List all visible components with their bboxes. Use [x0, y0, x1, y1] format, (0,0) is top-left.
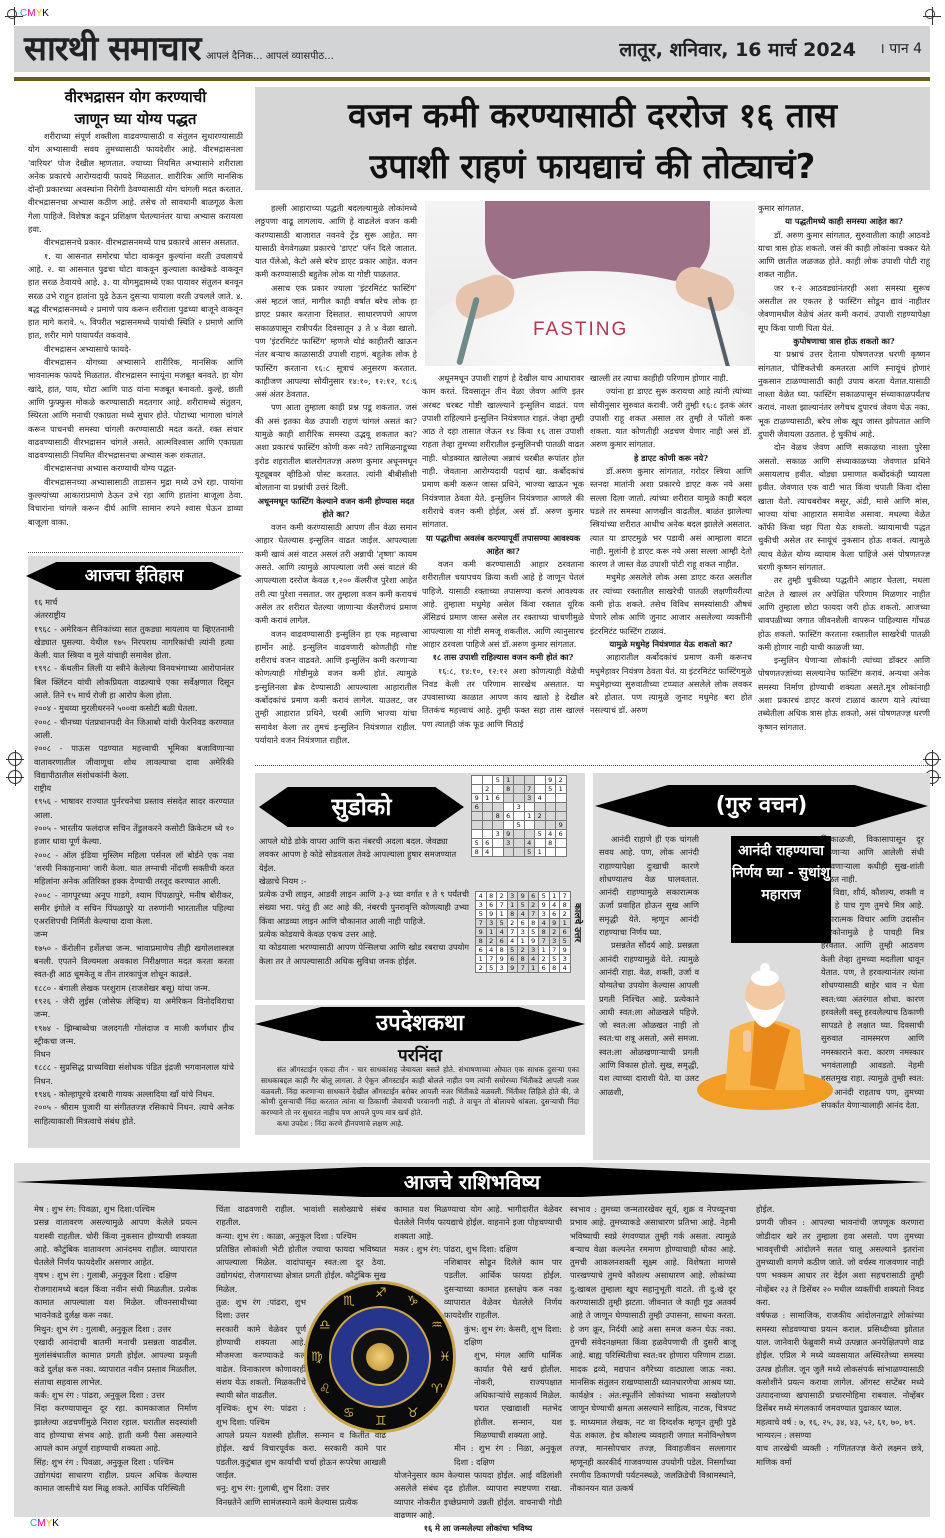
sudoku-cell: 5 — [497, 919, 508, 928]
story-text: संत ऑगस्टाईन एकदा तीन - चार साधकांसह जेव… — [261, 1065, 579, 1119]
history-item: १९६८ - अमेरिकन सैनिकांच्या सात तुकड्या म… — [34, 623, 234, 663]
sudoku-cell: 8 — [493, 812, 504, 821]
upadesh-katha-box: उपदेशकथा परनिंदा संत ऑगस्टाईन एकदा तीन -… — [255, 1005, 585, 1135]
sign-text: आपले प्रयत्न यशस्वी होतील. सन्मान व किर्… — [216, 1429, 386, 1482]
sudoku-cell: 9 — [518, 892, 529, 901]
article-para: पण आता तुम्हाला काही प्रश्न पडू शकतात. ज… — [255, 401, 417, 494]
sudoku-cell[interactable] — [482, 776, 493, 785]
guru-right-text: निष्काळजी, विकासापासून दूर पळणाऱ्या आणि … — [821, 833, 924, 886]
sudoku-cell: 4 — [518, 910, 529, 919]
upadesh-katha-banner: उपदेशकथा — [255, 1007, 585, 1041]
sudoku-cell[interactable] — [535, 821, 546, 830]
sudoku-cell: 1 — [518, 937, 529, 946]
sudoku-cell: 5 — [486, 964, 497, 973]
sign-text: कामात यश मिळण्याचा योग आहे. भागीदारीत वे… — [394, 1203, 562, 1243]
sudoku-cell: 3 — [549, 937, 560, 946]
sign-text: योजनेनुसार काम केल्यास फायदा होईल. आई वड… — [394, 1469, 562, 1522]
lucky-gem: भाग्यरत्न : लसण्या — [756, 1429, 924, 1442]
sudoku-cell: 9 — [497, 955, 508, 964]
sudoku-row: 482396517 — [476, 892, 571, 901]
sudoku-cell: 2 — [507, 919, 518, 928]
sudoku-cell: 2 — [539, 955, 550, 964]
sudoku-cell: 2 — [476, 964, 487, 973]
registration-mark-icon — [925, 9, 935, 19]
horoscope-col-5: होईल. प्रणयी जीवन : आपल्या भावनांची जपणू… — [756, 1203, 924, 1469]
sign-header: वृषभ : शुभ रंग : गुलाबी, अनुकूल दिशा : द… — [34, 1269, 197, 1282]
sudoku-cell[interactable] — [556, 848, 567, 857]
article-para: या प्रश्नाचं उत्तर देताना पोषणतज्ज्ञ धरण… — [758, 348, 930, 441]
guru-left-text: प्रसन्नतेत सौंदर्य आहे. प्रसन्नता आनंदी … — [599, 939, 699, 1099]
horoscope-box: आजचे राशिभविष्य मेष : शुभ रंग: पिवळा, शु… — [14, 1163, 930, 1517]
sudoku-cell: 7 — [486, 955, 497, 964]
article-para: १६:८, १४:१०, १२:१२ अशा कोणत्याही वेळेची … — [422, 665, 584, 731]
history-section-heading: अंतरराष्ट्रीय — [34, 609, 234, 622]
sudoku-cell: 3 — [486, 919, 497, 928]
story-moral: कथा उपदेश : निंदा करणे हीनपणाचे लक्षण आह… — [261, 1119, 579, 1130]
sudoku-row: 28751 — [472, 785, 567, 794]
sudoku-banner: सुडोको — [259, 787, 464, 827]
sudoku-cell[interactable] — [545, 794, 556, 803]
main-headline-line2: उपाशी राहणं फायद्याचं की तोट्याचं? — [255, 138, 930, 189]
sudoku-row: 59 — [472, 821, 567, 830]
sudoku-cell: 8 — [539, 928, 550, 937]
history-item: १९९८ - कॅथलीन लिली या स्त्रीने केलेल्या … — [34, 662, 234, 702]
birthday-text: होईल. — [756, 1203, 924, 1216]
upadesh-katha-banner-label: उपदेशकथा — [376, 1011, 464, 1036]
photo-torso — [485, 201, 710, 281]
sudoku-cell: 1 — [539, 946, 550, 955]
yoga-subhead: वीरभद्रासनचा अभ्यास करण्याची योग्य पद्धत… — [28, 462, 243, 475]
article-para: ज्यांना हा डाएट सुरू करायचा आहे त्यांनी … — [590, 385, 752, 451]
article-subhead: या पद्धतीचा अवलंब करण्यापूर्वी तपासण्या … — [422, 532, 584, 559]
love-life-text: प्रणयी जीवन : आपल्या भावनांची जपणूक करणा… — [756, 1216, 924, 1309]
sign-text: निंदा करण्यापासून दूर रहा. कामकाजात निर्… — [34, 1402, 197, 1455]
sudoku-cell[interactable] — [514, 812, 525, 821]
sudoku-row: 8612 — [472, 812, 567, 821]
sudoku-cell: 5 — [560, 937, 571, 946]
article-para: मधुमेह असलेले लोक असा डाएट करत असतील तर … — [590, 571, 752, 637]
sudoku-cell: 1 — [528, 964, 539, 973]
sudoku-cell: 2 — [518, 946, 529, 955]
birthday-text: स्वभाव : तुमच्या जन्मतारखेवर सूर्य, शुक्… — [570, 1203, 736, 1496]
history-item: १७५० - कॅरोलीन हर्शेलचा जन्म. भावाप्रमाण… — [34, 942, 234, 982]
registration-mark-icon — [7, 9, 17, 19]
history-item: २००५ - श्रीराम पुजारी या संगीततज्ज्ञ रसि… — [34, 1101, 234, 1128]
story-title: परनिंदा — [255, 1043, 585, 1066]
sudoku-cell: 4 — [528, 955, 539, 964]
sudoku-row: 914735826 — [476, 928, 571, 937]
page-number: । पान 4 — [880, 39, 922, 58]
sudoku-cell[interactable] — [545, 803, 556, 812]
sudoku-cell[interactable] — [514, 830, 525, 839]
sudoku-cell: 1 — [482, 794, 493, 803]
sudoku-cell: 1 — [556, 785, 567, 794]
sudoku-cell[interactable] — [472, 821, 483, 830]
sudoku-cell[interactable] — [514, 848, 525, 857]
sudoku-cell: 6 — [549, 910, 560, 919]
sudoku-row: 56348 — [472, 839, 567, 848]
sudoku-cell: 3 — [503, 839, 514, 848]
sudoku-cell: 4 — [486, 946, 497, 955]
dateline: लातूर, शनिवार, 16 मार्च 2024 — [619, 36, 856, 62]
sudoku-cell[interactable] — [524, 821, 535, 830]
sudoku-cell: 1 — [549, 892, 560, 901]
sudoku-cell[interactable] — [545, 821, 556, 830]
sudoku-cell[interactable] — [493, 848, 504, 857]
sudoku-cell: 6 — [560, 928, 571, 937]
article-para: इन्सुलिन घेणाऱ्या लोकांनी त्यांच्या डॉक्… — [758, 654, 930, 734]
yoga-title-line2: जाणून घ्या योग्य पद्धत — [28, 108, 243, 130]
fasting-caption: FASTING — [533, 319, 628, 341]
sudoku-cell[interactable] — [556, 794, 567, 803]
masthead-rule — [14, 77, 930, 81]
sudoku-cell: 4 — [476, 892, 487, 901]
sudoku-cell: 9 — [545, 776, 556, 785]
sudoku-cell[interactable] — [514, 776, 525, 785]
sudoku-cell: 9 — [556, 821, 567, 830]
history-item: २००८ - चीनच्या पंतप्रधानपदी वेन जिआबो या… — [34, 716, 234, 743]
sudoku-cell: 3 — [528, 946, 539, 955]
yearly-forecast-text: वर्षफळ : सामाजिक, राजकीय आंदोलनाद्वारे ल… — [756, 1309, 924, 1415]
sudoku-cell: 3 — [560, 955, 571, 964]
sign-header: कर्क: शुभ रंग : पांढरा, अनुकूल दिशा : उत… — [34, 1389, 197, 1402]
sudoku-cell: 9 — [476, 928, 487, 937]
answer-label: कालचे उत्तर — [571, 903, 584, 942]
sudoku-cell: 3 — [518, 928, 529, 937]
sudoku-cell: 1 — [486, 928, 497, 937]
newspaper-title: सारथी समाचार — [24, 26, 201, 72]
sudoku-cell: 4 — [507, 937, 518, 946]
history-banner: आजचा ईतिहास — [26, 562, 242, 590]
guru-vachan-banner-label: (गुरु वचन) — [716, 793, 808, 818]
article-para: कुमार सांगतात. — [758, 202, 930, 215]
sudoku-rule: प्रत्येक उभी लाइन, आडवी लाइन आणि ३-३ च्य… — [259, 888, 469, 928]
sudoku-cell: 3 — [476, 901, 487, 910]
sudoku-rules-heading: खेळाचे नियम :- — [259, 875, 469, 888]
sudoku-rule: या कोडयाला भरण्यासाठी आपण पेन्सिलचा आणि … — [259, 941, 469, 968]
sudoku-cell: 8 — [476, 937, 487, 946]
sudoku-cell: 5 — [507, 946, 518, 955]
yoga-para: १. या आसनात समोरचा घोटा वाकवून कुल्यांना… — [28, 250, 243, 343]
sudoku-row: 5192 — [472, 776, 567, 785]
sudoku-cell: 7 — [524, 785, 535, 794]
sudoku-solution-grid: 4823965173671529485918473627352684919147… — [475, 891, 571, 973]
sudoku-row: 39546 — [472, 830, 567, 839]
sign-header: मिथुन: शुभ रंग : गुलाबी, अनुकूल दिशा : उ… — [34, 1323, 197, 1336]
history-item: २००५ - भारतीय फलंदाज सचिन तेंडुलकरने कसो… — [34, 822, 234, 849]
sudoku-puzzle-grid[interactable]: 519228751916346386125939546563488451 — [471, 775, 567, 857]
sign-text: रोजगारामध्ये बदल किंवा नवीन संधी मिळतील.… — [34, 1283, 197, 1323]
sudoku-row: 8451 — [472, 848, 567, 857]
sudoku-cell: 7 — [539, 937, 550, 946]
article-para: वजन वाढवण्यासाठी इन्सुलिन हा एक महत्त्वा… — [255, 628, 417, 748]
sudoku-cell[interactable] — [472, 830, 483, 839]
sudoku-cell: 4 — [545, 830, 556, 839]
sudoku-cell[interactable] — [493, 839, 504, 848]
sudoku-cell[interactable] — [535, 839, 546, 848]
sign-text: एखादी आनंदाची बातमी मनाची प्रसन्नता वाढव… — [34, 1336, 197, 1389]
sudoku-row: 63 — [472, 803, 567, 812]
sign-header: मकर : शुभ रंग: पांढरा, शुभ दिशा: दक्षिण — [394, 1243, 562, 1256]
yoga-para: वीरभद्रासनचे प्रकार- वीरभद्रासनमध्ये पाच… — [28, 236, 243, 249]
sign-header: तुळ: शुभ रंग :पांढरा, शुभ दिशा: उत्तर — [216, 1296, 306, 1323]
history-item: २००८ - नागपूरच्या अनूप गाडगे, श्याम पिंप… — [34, 889, 234, 929]
sign-text: चिंता वाढवणारी राहील. भावांशी सलोख्याचे … — [216, 1203, 386, 1230]
sudoku-cell: 7 — [549, 946, 560, 955]
horoscope-banner-label: आजचे राशिभविष्य — [404, 1170, 540, 1194]
history-item: १९२६ - जेरी लुईस (जोसेफ लेव्हिच) या अमेर… — [34, 995, 234, 1022]
sign-text: विनम्रतेने आणि सामंजस्याने कामे केल्यास … — [216, 1496, 386, 1509]
sudoku-cell: 1 — [560, 919, 571, 928]
sudoku-cell[interactable] — [524, 776, 535, 785]
sudoku-cell: 6 — [486, 901, 497, 910]
sudoku-cell: 2 — [528, 901, 539, 910]
sudoku-cell: 5 — [493, 776, 504, 785]
guru-right-text: विद्या, शौर्य, कौशल्य, शक्ती व धैर्य हे … — [821, 886, 924, 1112]
sudoku-cell: 7 — [476, 919, 487, 928]
history-item: २००४ - मुथय्या मुरलीधरनने ५००वा कसोटी बळ… — [34, 702, 234, 715]
sudoku-cell: 4 — [497, 928, 508, 937]
sudoku-cell: 1 — [535, 848, 546, 857]
sudoku-cell[interactable] — [545, 848, 556, 857]
sudoku-cell[interactable] — [503, 848, 514, 857]
sudoku-row: 367152948 — [476, 901, 571, 910]
cmyk-mark-top: CMYK — [20, 8, 49, 19]
sudoku-cell: 1 — [476, 955, 487, 964]
sudoku-cell: 4 — [560, 964, 571, 973]
sudoku-cell: 5 — [528, 928, 539, 937]
sudoku-cell[interactable] — [556, 812, 567, 821]
history-banner-label: आजचा ईतिहास — [85, 566, 183, 586]
sudoku-cell: 7 — [518, 964, 529, 973]
sudoku-cell[interactable] — [503, 821, 514, 830]
article-para: वजन कमी करण्यासाठी आपण तीन वेळा समान आहा… — [255, 521, 417, 627]
sudoku-cell: 2 — [549, 928, 560, 937]
sudoku-cell: 5 — [514, 821, 525, 830]
sudoku-cell: 1 — [497, 910, 508, 919]
sudoku-cell[interactable] — [535, 785, 546, 794]
article-para: डॉ.अरुण कुमार सांगतात, गरोदर स्त्रिया आण… — [590, 465, 752, 571]
sudoku-cell: 6 — [503, 812, 514, 821]
yoga-subhead: वीरभद्रासन अभ्यासाचे फायदे- — [28, 343, 243, 356]
sudoku-cell: 5 — [545, 785, 556, 794]
sign-text: प्रसन्न वातावरण असल्यामुळे आपण केलेले प्… — [34, 1216, 197, 1269]
article-para: जर १-२ आठवड्यांनंतरही अशा समस्या सुरूच अ… — [758, 282, 930, 335]
history-section-heading: जन्म — [34, 928, 234, 941]
masthead: सारथी समाचार आपलं दैनिक... आपलं व्यासपीठ… — [14, 26, 930, 72]
sudoku-cell: 1 — [507, 901, 518, 910]
yoga-para: शरीराच्या संपूर्ण शक्तीला वाढवण्यासाठी व… — [28, 130, 243, 236]
history-item: २००८ - पाऊस पडण्यात महत्त्वाची भूमिका बज… — [34, 742, 234, 782]
important-years: महत्वाचे वर्ष : ७, १६, २५, ३४, ४३, ५२, ६… — [756, 1416, 924, 1429]
registration-mark-icon — [925, 752, 939, 766]
sudoku-cell: 1 — [503, 776, 514, 785]
sudoku-cell: 3 — [507, 892, 518, 901]
history-item: १९७४ - झिम्बाब्वेचा जलदगती गोलंदाज व माज… — [34, 1022, 234, 1049]
sudoku-cell[interactable] — [472, 776, 483, 785]
sudoku-cell[interactable] — [514, 839, 525, 848]
horoscope-col-4: स्वभाव : तुमच्या जन्मतारखेवर सूर्य, शुक्… — [570, 1203, 736, 1496]
sudoku-cell: 7 — [560, 892, 571, 901]
sign-header: मीन : शुभ रंग : निळा, अनुकूल दिशा : दक्ष… — [394, 1442, 562, 1469]
birthday-heading: १६ मे ला जन्मलेल्या लोकांचा भविष्य — [394, 1522, 562, 1535]
registration-mark-icon — [8, 770, 22, 784]
sudoku-cell[interactable] — [535, 803, 546, 812]
sudoku-cell: 4 — [524, 839, 535, 848]
sudoku-cell: 6 — [493, 794, 504, 803]
same-birthday-people: याच तारखेची व्यक्ती : गणिततज्ज्ञ केरो लक… — [756, 1442, 924, 1469]
sudoku-box: सुडोको आपले थोडे डोके वापरा आणि करा नंबर… — [255, 773, 585, 1000]
sign-text: उद्योगधंदा साधारण राहील. प्रयत्न अधिक के… — [34, 1469, 197, 1496]
sudoku-cell: 6 — [528, 892, 539, 901]
article-para: अधूनमधून उपाशी राहणं हे देखील याच आधाराव… — [422, 372, 584, 532]
sudoku-cell: 5 — [472, 839, 483, 848]
sudoku-cell: 6 — [507, 955, 518, 964]
sudoku-cell: 8 — [518, 955, 529, 964]
sudoku-cell: 5 — [524, 848, 535, 857]
sudoku-cell: 9 — [549, 919, 560, 928]
sudoku-cell[interactable] — [514, 794, 525, 803]
sudoku-cell[interactable] — [472, 812, 483, 821]
sudoku-cell[interactable] — [524, 803, 535, 812]
history-date: १६ मार्च — [34, 596, 234, 609]
sage-illustration-icon — [695, 960, 835, 1110]
sudoku-cell: 8 — [507, 910, 518, 919]
sudoku-cell: 3 — [493, 830, 504, 839]
sudoku-cell: 6 — [539, 964, 550, 973]
sudoku-intro: आपले थोडे डोके वापरा आणि करा नंबरची अदला… — [259, 835, 469, 875]
tagline: आपलं दैनिक... आपलं व्यासपीठ... — [206, 48, 334, 62]
sudoku-cell: 7 — [497, 901, 508, 910]
sudoku-cell[interactable] — [482, 803, 493, 812]
sudoku-cell: 9 — [507, 964, 518, 973]
history-item: १८८० - बंगाली लेखक परशुराम (राजशेखर बसू)… — [34, 982, 234, 995]
sudoku-cell: 4 — [535, 794, 546, 803]
article-subhead: यामुळे मधुमेह नियंत्रणात येऊ शकतो का? — [590, 638, 752, 651]
sudoku-cell[interactable] — [545, 812, 556, 821]
article-para: दोन वेळच जेवण आणि सकाळचा नाश्ता पुरेसा अ… — [758, 441, 930, 574]
sudoku-cell[interactable] — [514, 785, 525, 794]
sudoku-cell: 3 — [524, 794, 535, 803]
article-para: खाल्ली तर त्याचा काहीही परिणाम होणार नाह… — [590, 372, 752, 385]
history-item: २००८ - ऑल इंडिया मुस्लिम महिला पर्सनल लॉ… — [34, 849, 234, 889]
sudoku-cell: 7 — [507, 928, 518, 937]
sudoku-row: 179684253 — [476, 955, 571, 964]
sudoku-cell[interactable] — [503, 794, 514, 803]
history-item: १९५६ - भाषावर राज्यात पुर्नरचनेचा प्रस्त… — [34, 795, 234, 822]
sudoku-cell: 6 — [472, 803, 483, 812]
sudoku-cell[interactable] — [556, 839, 567, 848]
sudoku-cell[interactable] — [493, 785, 504, 794]
registration-mark-icon — [8, 752, 22, 766]
sudoku-cell: 6 — [518, 919, 529, 928]
main-headline-box: वजन कमी करण्यासाठी दररोज १६ तास उपाशी रा… — [255, 87, 930, 190]
fasting-col-2: अधूनमधून उपाशी राहणं हे देखील याच आधाराव… — [422, 372, 584, 731]
sudoku-cell: 2 — [486, 937, 497, 946]
article-para: तर तुम्ही चुकीच्या पद्धतीने आहार घेतला, … — [758, 574, 930, 654]
article-para: वजन कमी करण्यासाठी आहार ठरवताना शरीरातील… — [422, 558, 584, 651]
sudoku-cell: 2 — [482, 785, 493, 794]
sudoku-cell: 7 — [528, 910, 539, 919]
sudoku-cell: 8 — [560, 901, 571, 910]
sudoku-cell: 9 — [539, 901, 550, 910]
sudoku-cell: 6 — [476, 946, 487, 955]
sudoku-cell[interactable] — [493, 803, 504, 812]
horoscope-col-1: मेष : शुभ रंग: पिवळा, शुभ दिशा:पश्चिम प्… — [34, 1203, 197, 1496]
sudoku-cell[interactable] — [482, 830, 493, 839]
guru-quote-box: आनंदी राहण्याचा निर्णय घ्या - सुधांशु मह… — [731, 836, 831, 943]
sudoku-cell[interactable] — [493, 821, 504, 830]
article-subhead: १८ तास उपाशी राहिल्यास वजन कमी होतं का? — [422, 651, 584, 664]
sudoku-cell: 8 — [497, 946, 508, 955]
sign-header: कन्या: शुभ रंग : काळा, अनुकूल दिशा : पश्… — [216, 1230, 386, 1243]
sudoku-cell: 5 — [549, 955, 560, 964]
sudoku-cell: 6 — [556, 830, 567, 839]
sudoku-banner-label: सुडोको — [332, 793, 392, 821]
sudoku-cell: 5 — [518, 901, 529, 910]
sign-header: मेष : शुभ रंग: पिवळा, शुभ दिशा:पश्चिम — [34, 1203, 197, 1216]
fasting-photo: FASTING — [425, 201, 755, 366]
cmyk-mark-bottom: CMYK — [30, 1518, 59, 1529]
sudoku-cell[interactable] — [524, 830, 535, 839]
sudoku-cell: 3 — [497, 964, 508, 973]
sudoku-cell[interactable] — [482, 821, 493, 830]
sudoku-cell: 2 — [497, 892, 508, 901]
history-item: १९४६ - कोल्हापूरचे दरबारी गायक अल्लादिया… — [34, 1088, 234, 1101]
sudoku-cell: 9 — [472, 794, 483, 803]
main-headline-line1: वजन कमी करण्यासाठी दररोज १६ तास — [255, 87, 930, 138]
article-para: असाच एक प्रकार ज्याला 'इंटरमिटंट फास्टिं… — [255, 282, 417, 402]
article-subhead: हे डाएट कोणी करू नये? — [590, 452, 752, 465]
sudoku-cell: 2 — [556, 776, 567, 785]
sudoku-cell: 9 — [560, 946, 571, 955]
sign-header: वृश्चिक: शुभ रंग: पांढरा : शुभ दिशा: पश्… — [216, 1402, 306, 1429]
fasting-col-4: कुमार सांगतात. या पद्धतीमध्ये काही समस्य… — [758, 202, 930, 734]
article-para: हल्ली आहाराच्या पद्धती बदलल्यामुळे लोकां… — [255, 202, 417, 282]
yoga-para: वीरभद्रासन योगच्या अभ्यासाने शारीरिक, मा… — [28, 356, 243, 462]
fasting-col-3: खाल्ली तर त्याचा काहीही परिणाम होणार नाह… — [590, 372, 752, 718]
sign-text: सरकारी कामे वेळेवर पूर्ण होण्याची शक्यता… — [216, 1323, 306, 1403]
sudoku-cell: 4 — [539, 919, 550, 928]
sign-header: सिंह: शुभ रंग : पिवळा, अनुकूल दिशा : पश्… — [34, 1456, 197, 1469]
article-subhead: या पद्धतीमध्ये काही समस्या आहेत का? — [758, 215, 930, 228]
sudoku-row: 91634 — [472, 794, 567, 803]
sudoku-cell: 3 — [539, 910, 550, 919]
article-subhead: अधूनमधून फास्टिंग केल्याने वजन कमी होण्य… — [255, 495, 417, 522]
sudoku-cell: 9 — [486, 910, 497, 919]
sudoku-cell: 6 — [497, 937, 508, 946]
sudoku-cell[interactable] — [503, 803, 514, 812]
sudoku-cell: 5 — [539, 892, 550, 901]
sudoku-cell: 5 — [535, 830, 546, 839]
history-box: आजचा ईतिहास १६ मार्च अंतरराष्ट्रीय १९६८ … — [28, 556, 240, 1148]
sudoku-cell[interactable] — [472, 785, 483, 794]
sudoku-cell[interactable] — [482, 812, 493, 821]
sudoku-cell: 6 — [482, 839, 493, 848]
zodiac-wheel-icon: ♐ ♑ ♒ ♓ ♈ ♉ ♊ ♋ ♌ ♍ ♎ ♏ — [304, 1281, 456, 1433]
article-para: डॉ. अरुण कुमार सांगतात, सुरुवातीला काही … — [758, 229, 930, 282]
sudoku-cell: 2 — [560, 910, 571, 919]
sudoku-cell[interactable] — [535, 776, 546, 785]
sudoku-cell[interactable] — [556, 803, 567, 812]
sudoku-row: 591847362 — [476, 910, 571, 919]
sudoku-cell: 1 — [524, 812, 535, 821]
sudoku-cell: 8 — [549, 964, 560, 973]
sudoku-cell: 8 — [486, 892, 497, 901]
divider — [255, 765, 930, 766]
sudoku-cell: 8 — [528, 919, 539, 928]
sudoku-cell: 8 — [503, 785, 514, 794]
